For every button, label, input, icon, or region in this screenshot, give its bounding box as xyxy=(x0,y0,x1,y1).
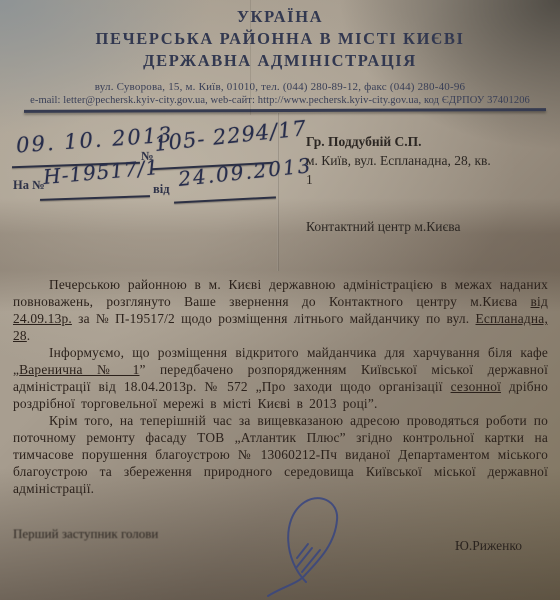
signer-title: Перший заступник голови xyxy=(13,526,158,542)
org-address: вул. Суворова, 15, м. Київ, 01010, тел. … xyxy=(20,81,540,93)
incoming-date-form-line xyxy=(174,196,276,203)
reply-to-label: На № xyxy=(13,178,45,193)
from-date-label: від xyxy=(153,182,170,197)
org-name-line1: ПЕЧЕРСЬКА РАЙОННА В МІСТІ КИЄВІ xyxy=(20,28,540,50)
copy-recipient: Контактний центр м.Києва xyxy=(306,219,460,235)
handwritten-incoming-date: 24.09.2013 xyxy=(177,153,313,191)
recipient-address-line2: 1 xyxy=(306,170,556,189)
paper-fold-crease-faint xyxy=(250,0,251,115)
incoming-number-form-line xyxy=(40,195,150,201)
letter-body: Печерською районною в м. Києві державною… xyxy=(13,276,548,497)
body-paragraph-3: Крім того, на теперішній час за вищевказ… xyxy=(13,412,548,497)
handwritten-signature xyxy=(240,494,370,598)
letterhead: УКРАЇНА ПЕЧЕРСЬКА РАЙОННА В МІСТІ КИЄВІ … xyxy=(20,6,540,106)
body-paragraph-1: Печерською районною в м. Києві державною… xyxy=(13,276,548,344)
handwritten-outgoing-number: 105- 2294/17 xyxy=(153,116,308,156)
letterhead-rule xyxy=(24,108,546,113)
org-contacts: e-mail: letter@pechersk.kyiv-city.gov.ua… xyxy=(20,95,540,106)
recipient-name: Гр. Поддубній С.П. xyxy=(306,132,556,151)
org-name-line2: ДЕРЖАВНА АДМІНІСТРАЦІЯ xyxy=(20,50,540,72)
signer-name: Ю.Риженко xyxy=(455,538,522,554)
recipient-block: Гр. Поддубній С.П. м. Київ, вул. Есплана… xyxy=(306,132,556,189)
recipient-address-line1: м. Київ, вул. Еспланадна, 28, кв. xyxy=(306,151,556,170)
photographed-letter: УКРАЇНА ПЕЧЕРСЬКА РАЙОННА В МІСТІ КИЄВІ … xyxy=(0,0,560,600)
body-paragraph-2: Інформуємо, що розміщення відкритого май… xyxy=(13,344,548,412)
handwritten-incoming-number: Н-19517/1 xyxy=(42,155,160,189)
country-title: УКРАЇНА xyxy=(20,6,540,28)
